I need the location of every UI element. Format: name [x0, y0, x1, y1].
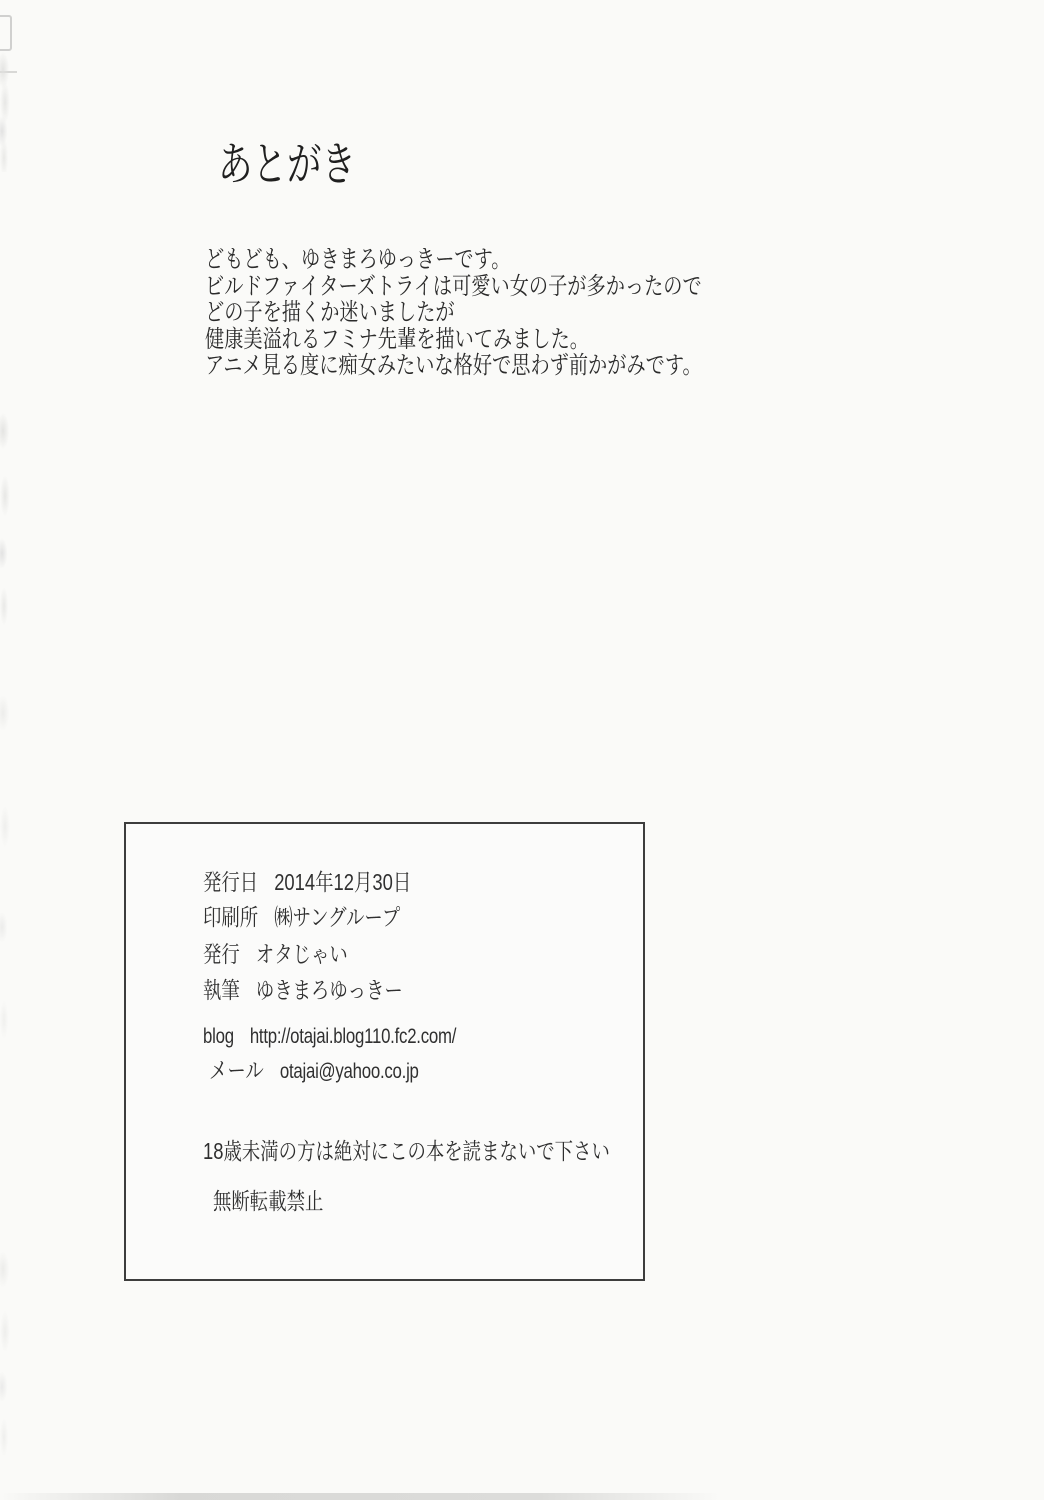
- colophon-row-publisher: 発行オタじゃい: [203, 943, 384, 966]
- body-line: ビルドファイターズトライは可愛い女の子が多かったので: [205, 274, 826, 301]
- row-label: 発行: [203, 941, 240, 967]
- colophon-row-author: 執筆ゆきまろゆっきー: [203, 979, 453, 1002]
- colophon-box: 発行日2014年12月30日 印刷所㈱サングループ 発行オタじゃい 執筆ゆきまろ…: [124, 822, 645, 1281]
- scan-smudge: [0, 1235, 18, 1465]
- row-value email-address: otajai@yahoo.co.jp: [280, 1060, 419, 1083]
- scan-smudge: [0, 52, 18, 172]
- row-label: 印刷所: [203, 904, 258, 930]
- row-value: ゆきまろゆっきー: [256, 977, 403, 1003]
- age-warning-notice: 18歳未満の方は絶対にこの本を読まないで下さい: [203, 1140, 712, 1163]
- colophon-row-printer: 印刷所㈱サングループ: [203, 906, 450, 929]
- colophon-row-email: メールotajai@yahoo.co.jp: [209, 1059, 471, 1082]
- afterword-paragraph: どもども、ゆきまろゆっきーです。 ビルドファイターズトライは可愛い女の子が多かっ…: [205, 247, 826, 380]
- scanned-afterword-page: あとがき どもども、ゆきまろゆっきーです。 ビルドファイターズトライは可愛い女の…: [0, 0, 1044, 1500]
- row-label: blog: [203, 1025, 234, 1048]
- body-line: アニメ見る度に痴女みたいな格好で思わず前かがみです。: [205, 353, 826, 380]
- scan-smudge: [0, 650, 18, 1070]
- row-label: 発行日: [203, 869, 258, 895]
- row-value: オタじゃい: [256, 941, 348, 967]
- scan-corner-mark: [0, 15, 12, 51]
- body-line: どの子を描くか迷いましたが: [205, 300, 826, 327]
- body-line: どもども、ゆきまろゆっきーです。: [205, 247, 826, 274]
- colophon-row-blog: bloghttp://otajai.blog110.fc2.com/: [203, 1024, 519, 1047]
- no-reproduction-notice: 無断転載禁止: [213, 1190, 351, 1213]
- body-line: 健康美溢れるフミナ先輩を描いてみました。: [205, 327, 826, 354]
- scan-smudge: [0, 395, 18, 635]
- row-value: 2014年12月30日: [274, 869, 411, 895]
- colophon-row-publish-date: 発行日2014年12月30日: [203, 871, 463, 894]
- page-title: あとがき: [218, 139, 402, 190]
- row-label: メール: [209, 1057, 264, 1083]
- row-label: 執筆: [203, 977, 240, 1003]
- scan-bottom-edge-shadow: [0, 1493, 720, 1500]
- row-value blog-url: http://otajai.blog110.fc2.com/: [250, 1025, 456, 1048]
- page-title-text: あとがき: [218, 139, 356, 190]
- row-value: ㈱サングループ: [274, 904, 400, 930]
